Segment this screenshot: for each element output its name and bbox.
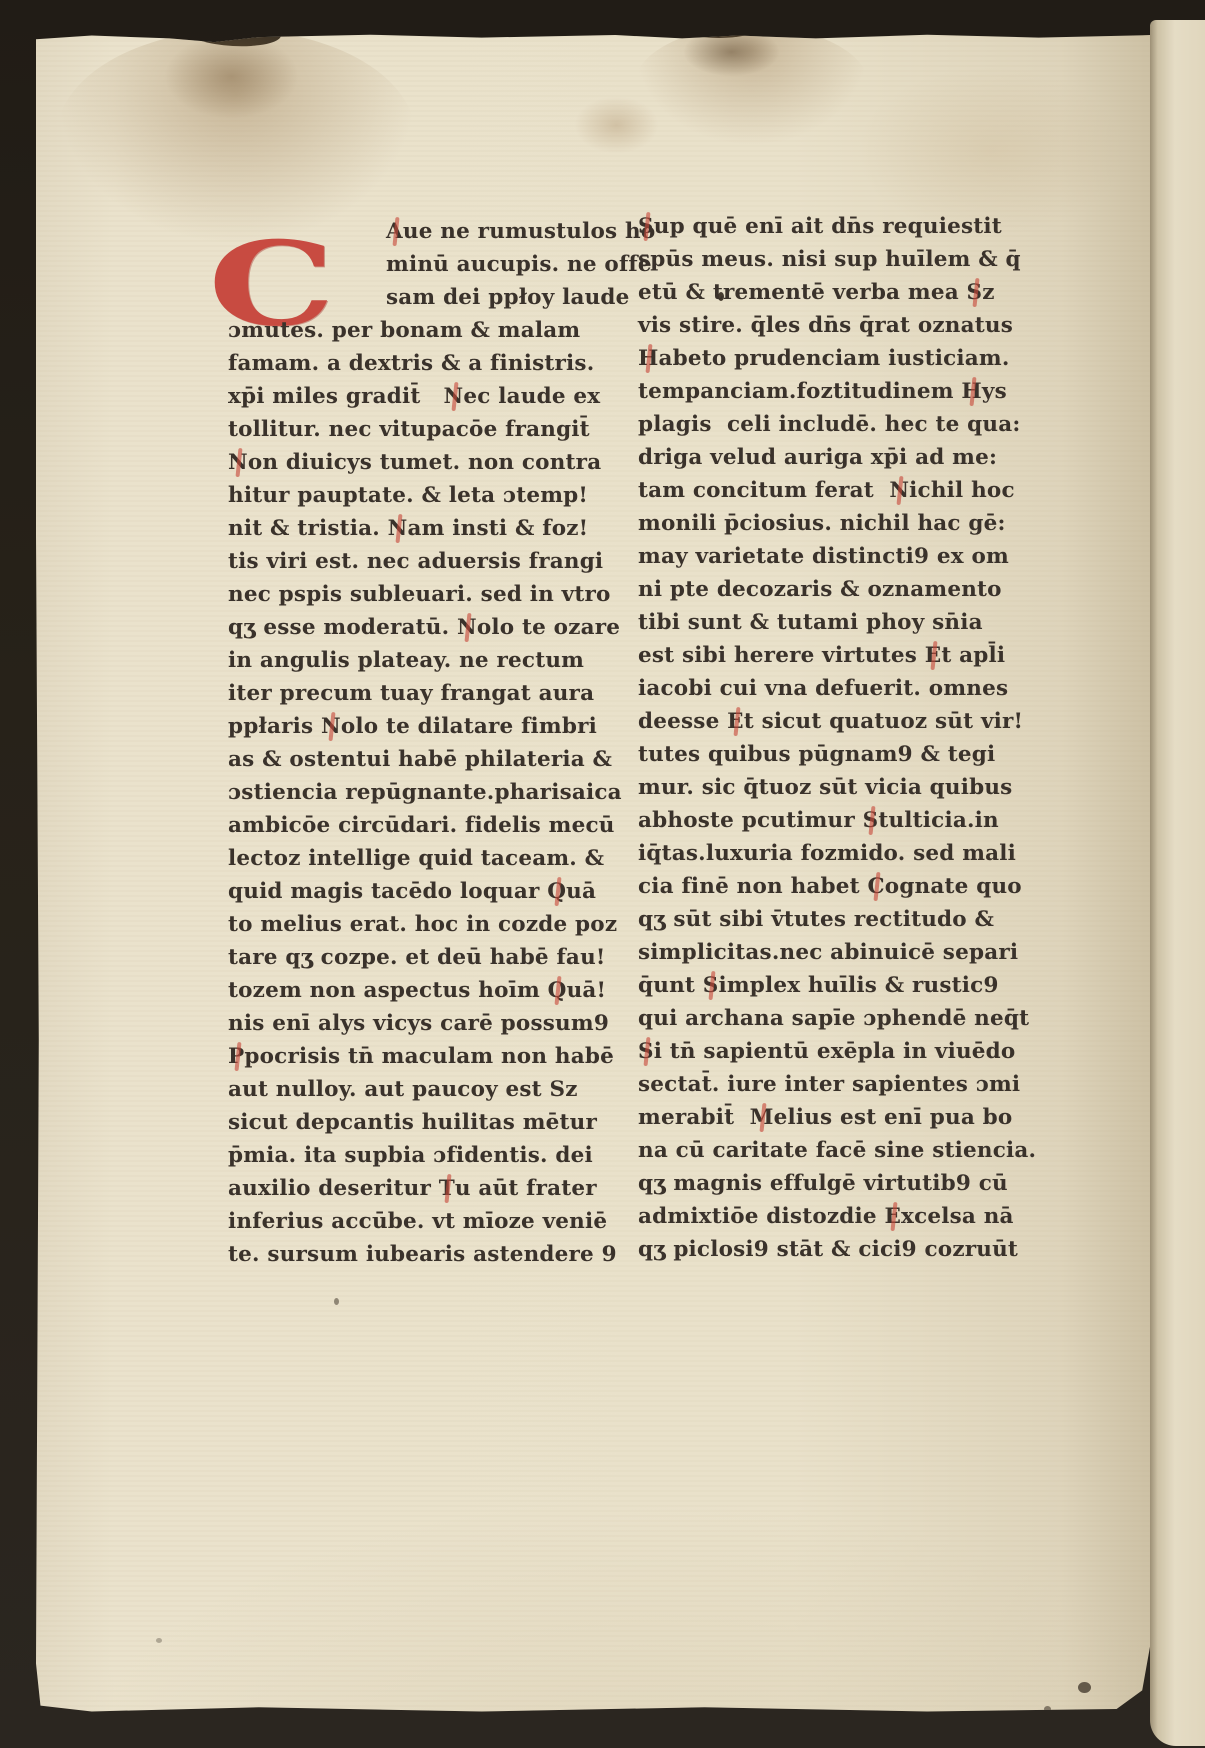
next-page-edge: [1150, 20, 1205, 1746]
text-line: in angulis plateay. ne rectum: [228, 644, 600, 677]
text-line: sectat̄. iure inter sapientes ɔmi: [638, 1068, 1010, 1101]
text-line: tutes quibus pūgnam9 & tegi: [638, 738, 1010, 771]
text-line: minū aucupis. ne offē: [228, 248, 600, 281]
rubricated-letter: E: [727, 705, 744, 738]
text-line: ɔmutes. per bonam & malam: [228, 314, 600, 347]
rubricated-letter: T: [439, 1172, 455, 1205]
text-line: lectoz intellige quid taceam. &: [228, 842, 600, 875]
text-line: nit & tristia. Nam insti & foz!: [228, 512, 600, 545]
text-line: may varietate distincti9 ex om: [638, 540, 1010, 573]
rubricated-letter: S: [638, 1035, 654, 1068]
paper-stain: [634, 26, 869, 146]
text-line: famam. a dextris & a finistris.: [228, 347, 600, 380]
text-line: tempanciam.foztitudinem Hys: [638, 375, 1010, 408]
text-line: mur. sic q̄tuoz sūt vicia quibus: [638, 771, 1010, 804]
text-line: Si tn̄ sapientū exēpla in viuēdo: [638, 1035, 1010, 1068]
rubricated-letter: A: [386, 215, 403, 248]
text-line: Ppocrisis tn̄ maculam non habē: [228, 1040, 600, 1073]
text-column-right: Sup quē enī ait dn̄s requiestitspūs meus…: [638, 210, 1010, 1266]
text-line: as & ostentui habē philateria &: [228, 743, 600, 776]
text-line: quid magis tacēdo loquar Quā: [228, 875, 600, 908]
text-line: sicut depcantis huilitas mētur: [228, 1106, 600, 1139]
rubricated-letter: M: [750, 1101, 774, 1134]
text-line: est sibi herere virtutes Et apl̄i: [638, 639, 1010, 672]
torn-edge-notch: [185, 18, 281, 49]
text-line: merabit̄ Melius est enī pua bo: [638, 1101, 1010, 1134]
text-line: inferius accūbe. vt mīoze veniē: [228, 1205, 600, 1238]
rubricated-letter: S: [703, 969, 719, 1002]
rubricated-letter: H: [961, 375, 982, 408]
text-line: tollitur. nec vitupacōe frangit̄: [228, 413, 600, 446]
text-line: qʒ esse moderatū. Nolo te ozare: [228, 611, 600, 644]
text-line: Sup quē enī ait dn̄s requiestit: [638, 210, 1010, 243]
rubricated-letter: Q: [547, 875, 566, 908]
text-line: spūs meus. nisi sup huīlem & q̄: [638, 243, 1010, 276]
text-line: vis stire. q̄les dn̄s q̄rat oznatus: [638, 309, 1010, 342]
rubricated-letter: S: [638, 210, 654, 243]
text-line: qʒ piclosi9 stāt & cici9 cozruūt: [638, 1233, 1010, 1266]
ink-speck: [334, 1298, 339, 1305]
text-line: Non diuicys tumet. non contra: [228, 446, 600, 479]
text-line: tare qʒ cozpe. et deū habē fau!: [228, 941, 600, 974]
rubricated-letter: Q: [548, 974, 567, 1007]
text-line: Aue ne rumustulos ho: [228, 215, 600, 248]
rubricated-letter: H: [638, 342, 659, 375]
text-line: aut nulloy. aut paucoy est Sz: [228, 1073, 600, 1106]
rubricated-letter: E: [925, 639, 942, 672]
text-line: iter precum tuay frangat aura: [228, 677, 600, 710]
book-page: C Aue ne rumustulos hominū aucupis. ne o…: [36, 30, 1150, 1714]
text-line: te. sursum iubearis astendere 9: [228, 1238, 600, 1271]
rubricated-letter: S: [967, 276, 983, 309]
text-column-left: Aue ne rumustulos hominū aucupis. ne off…: [228, 215, 600, 1271]
rubricated-letter: C: [867, 870, 884, 903]
ink-speck: [1044, 1706, 1051, 1712]
rubricated-letter: N: [444, 380, 464, 413]
text-line: qʒ sūt sibi v̄tutes rectitudo &: [638, 903, 1010, 936]
text-line: driga velud auriga xp̄i ad me:: [638, 441, 1010, 474]
text-line: nec pspis subleuari. sed in vtro: [228, 578, 600, 611]
paper-stain: [164, 34, 299, 119]
ink-speck: [1078, 1682, 1091, 1693]
paper-stain: [56, 30, 416, 245]
rubricated-letter: N: [228, 446, 248, 479]
text-line: deesse Et sicut quatuoz sūt vir!: [638, 705, 1010, 738]
text-line: ambicōe circūdari. fidelis mecū: [228, 809, 600, 842]
text-line: admixtiōe distozdie Excelsa nā: [638, 1200, 1010, 1233]
text-line: tis viri est. nec aduersis frangi: [228, 545, 600, 578]
text-line: ni pte decozaris & oznamento: [638, 573, 1010, 606]
rubricated-letter: N: [889, 474, 909, 507]
rubricated-letter: E: [884, 1200, 901, 1233]
text-line: simplicitas.nec abinuicē separi: [638, 936, 1010, 969]
text-line: iacobi cui vna defuerit. omnes: [638, 672, 1010, 705]
torn-edge-notch: [684, 23, 754, 38]
text-line: qui archana sapīe ɔphendē neq̄t: [638, 1002, 1010, 1035]
rubricated-letter: N: [457, 611, 477, 644]
text-line: hitur pauptate. & leta ɔtemp!: [228, 479, 600, 512]
text-line: tozem non aspectus hoīm Quā!: [228, 974, 600, 1007]
text-line: ppłaris Nolo te dilatare fimbri: [228, 710, 600, 743]
text-line: etū & trementē verba mea Sz: [638, 276, 1010, 309]
text-line: Habeto prudenciam iusticiam.: [638, 342, 1010, 375]
text-line: tibi sunt & tutami phoy sn̄ia: [638, 606, 1010, 639]
text-line: nis enī alys vicys carē possum9: [228, 1007, 600, 1040]
rubricated-letter: P: [228, 1040, 244, 1073]
text-line: monili p̄ciosius. nichil hac gē:: [638, 507, 1010, 540]
text-line: sam dei ppłoy laude: [228, 281, 600, 314]
text-line: tam concitum ferat Nichil hoc: [638, 474, 1010, 507]
text-line: to melius erat. hoc in cozde poz: [228, 908, 600, 941]
text-line: q̄unt Simplex huīlis & rustic9: [638, 969, 1010, 1002]
text-line: abhoste pcutimur Stulticia.in: [638, 804, 1010, 837]
photo-background: { "page": { "background_color": "#272219…: [0, 0, 1205, 1748]
text-line: iq̄tas.luxuria fozmido. sed mali: [638, 837, 1010, 870]
text-line: qʒ magnis effulgē virtutib9 cū: [638, 1167, 1010, 1200]
rubricated-letter: N: [321, 710, 341, 743]
text-line: p̄mia. ita supbia ɔfidentis. dei: [228, 1139, 600, 1172]
text-line: ɔstiencia repūgnante.pharisaica: [228, 776, 600, 809]
text-line: plagis celi includē. hec te qua:: [638, 408, 1010, 441]
paper-stain: [684, 28, 779, 76]
rubricated-letter: N: [388, 512, 408, 545]
text-line: auxilio deseritur Tu aūt frater: [228, 1172, 600, 1205]
paper-stain: [574, 96, 659, 154]
rubricated-letter: S: [863, 804, 879, 837]
text-line: xp̄i miles gradit̄ Nec laude ex: [228, 380, 600, 413]
ink-speck: [156, 1638, 162, 1643]
text-line: cia finē non habet Cognate quo: [638, 870, 1010, 903]
text-line: na cū caritate facē sine stiencia.: [638, 1134, 1010, 1167]
